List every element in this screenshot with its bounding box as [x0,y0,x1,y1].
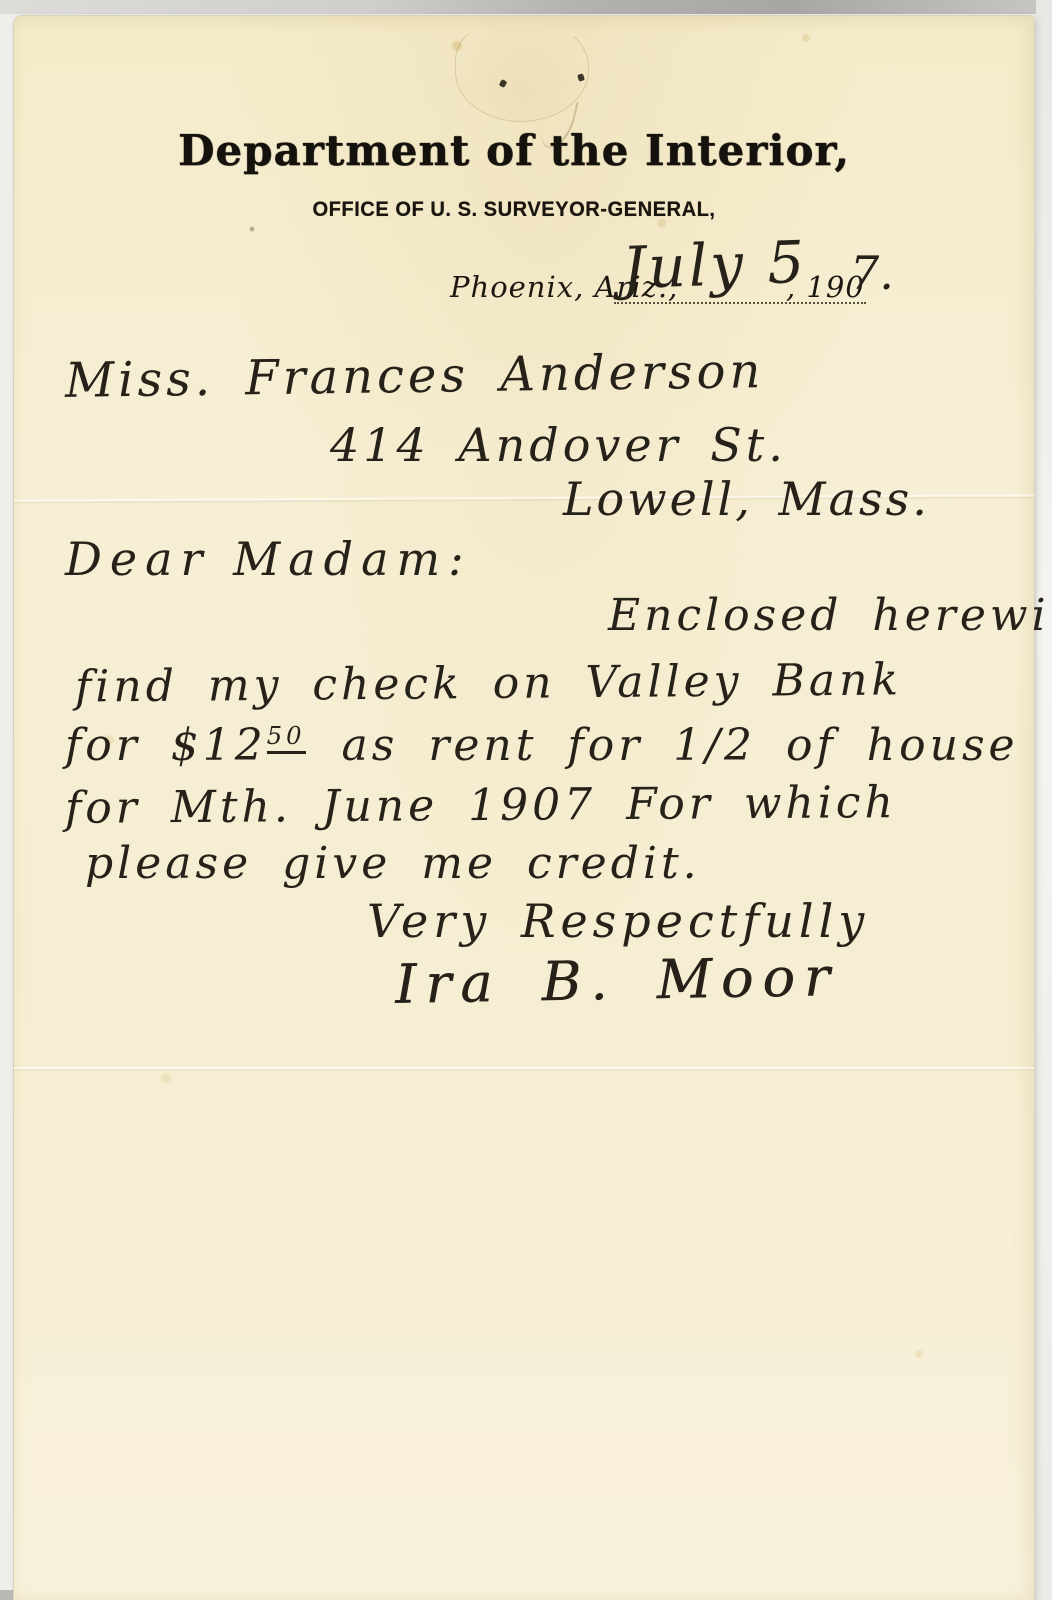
scan-edge-strip [1036,0,1052,1600]
amount-dollars: $12 [171,720,267,771]
salutation: Dear Madam: [65,536,472,582]
recipient-city-line: Lowell, Mass. [563,476,930,522]
body-line-2: find my check on Valley Bank [75,658,902,709]
scan-edge-band [0,0,1052,14]
body-line-1: Enclosed herewith [608,594,1052,638]
signature: Ira B. Moor [395,950,840,1012]
recipient-name-line: Miss. Frances Anderson [65,347,765,405]
dateline-year-handwritten: 7. [850,250,894,296]
letterhead-office: OFFICE OF U. S. SURVEYOR-GENERAL, [34,198,994,222]
body-line-3-pre: for [65,720,171,771]
body-line-5: please give me credit. [85,842,701,886]
letterhead-department: Department of the Interior, [14,128,1014,174]
fold-line-lower [14,1067,1034,1071]
dateline-handwritten-date: July 5 [621,233,808,297]
valediction: Very Respectfully [367,898,869,944]
body-line-4: for Mth. June 1907 For which [65,781,897,831]
letter-paper: Department of the Interior, OFFICE OF U.… [14,16,1034,1600]
body-line-3: for $1250 as rent for 1/2 of house [65,724,1019,768]
recipient-street-line: 414 Andover St. [330,422,787,468]
amount-cents: 50 [267,722,306,754]
body-line-3-post: as rent for 1/2 of house [312,720,1019,771]
scan-background: { "colors": { "paper": "#f6eed2", "print… [0,0,1052,1600]
